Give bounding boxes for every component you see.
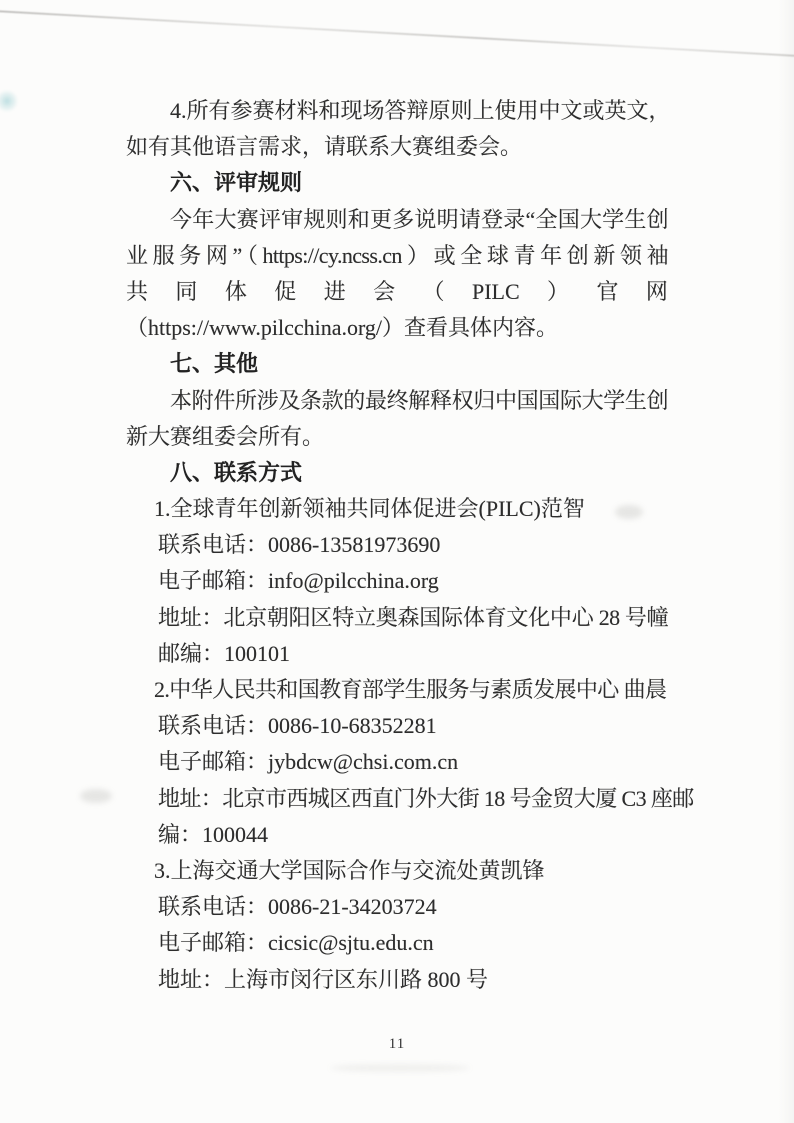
text-line: 电子邮箱：cicsic@sjtu.edu.cn (126, 925, 668, 961)
text-line: 今年大赛评审规则和更多说明请登录“全国大学生创 (126, 202, 668, 238)
text-token: ） (547, 274, 569, 310)
text-token: 促 (274, 274, 296, 310)
text-line: 联系电话：0086-21-34203724 (126, 889, 668, 925)
text-line: 地址：北京朝阳区特立奥森国际体育文化中心 28 号幢 (126, 600, 668, 636)
smudge-artifact (330, 1064, 470, 1072)
text-token: 进 (324, 274, 346, 310)
text-line: 电子邮箱：jybdcw@chsi.com.cn (126, 744, 668, 780)
text-token: 会 (373, 274, 395, 310)
text-line: 4.所有参赛材料和现场答辩原则上使用中文或英文， (126, 93, 668, 129)
text-line: 联系电话：0086-10-68352281 (126, 708, 668, 744)
text-line: 联系电话：0086-13581973690 (126, 527, 668, 563)
text-token: 同 (175, 274, 197, 310)
text-token: PILC (472, 274, 520, 310)
text-line: 2.中华人民共和国教育部学生服务与素质发展中心 曲晨 (126, 672, 668, 708)
text-line: 地址：北京市西城区西直门外大街 18 号金贸大厦 C3 座邮 (126, 781, 668, 817)
page-number: 11 (0, 1036, 794, 1053)
text-line: 业服务网”（https://cy.ncss.cn）或全球青年创新领袖 (126, 238, 668, 274)
scan-line-artifact (0, 10, 794, 58)
text-line: 邮编：100101 (126, 636, 668, 672)
text-token: 官 (596, 274, 618, 310)
text-line: 地址：上海市闵行区东川路 800 号 (126, 962, 668, 998)
scan-edge-shade (778, 0, 794, 1123)
text-token: 共 (126, 274, 148, 310)
text-token: （ (423, 274, 445, 310)
section-heading: 八、联系方式 (126, 455, 668, 491)
smudge-artifact (80, 789, 112, 803)
text-line: 电子邮箱：info@pilcchina.org (126, 563, 668, 599)
text-line: 如有其他语言需求，请联系大赛组委会。 (126, 129, 668, 165)
section-heading: 六、评审规则 (126, 165, 668, 201)
text-token: 网 (646, 274, 668, 310)
text-line: 编：100044 (126, 817, 668, 853)
document-body: 4.所有参赛材料和现场答辩原则上使用中文或英文，如有其他语言需求，请联系大赛组委… (126, 93, 668, 998)
text-line: 共同体促进会（PILC）官网 (126, 274, 668, 310)
text-line: 新大赛组委会所有。 (126, 419, 668, 455)
text-line: 3.上海交通大学国际合作与交流处黄凯锋 (126, 853, 668, 889)
teal-smudge-artifact (0, 90, 19, 112)
text-token: 体 (225, 274, 247, 310)
text-line: 1.全球青年创新领袖共同体促进会(PILC)范智 (126, 491, 668, 527)
text-line: （https://www.pilcchina.org/）查看具体内容。 (126, 310, 668, 346)
section-heading: 七、其他 (126, 346, 668, 382)
document-page: 4.所有参赛材料和现场答辩原则上使用中文或英文，如有其他语言需求，请联系大赛组委… (0, 0, 794, 1123)
text-line: 本附件所涉及条款的最终解释权归中国国际大学生创 (126, 383, 668, 419)
